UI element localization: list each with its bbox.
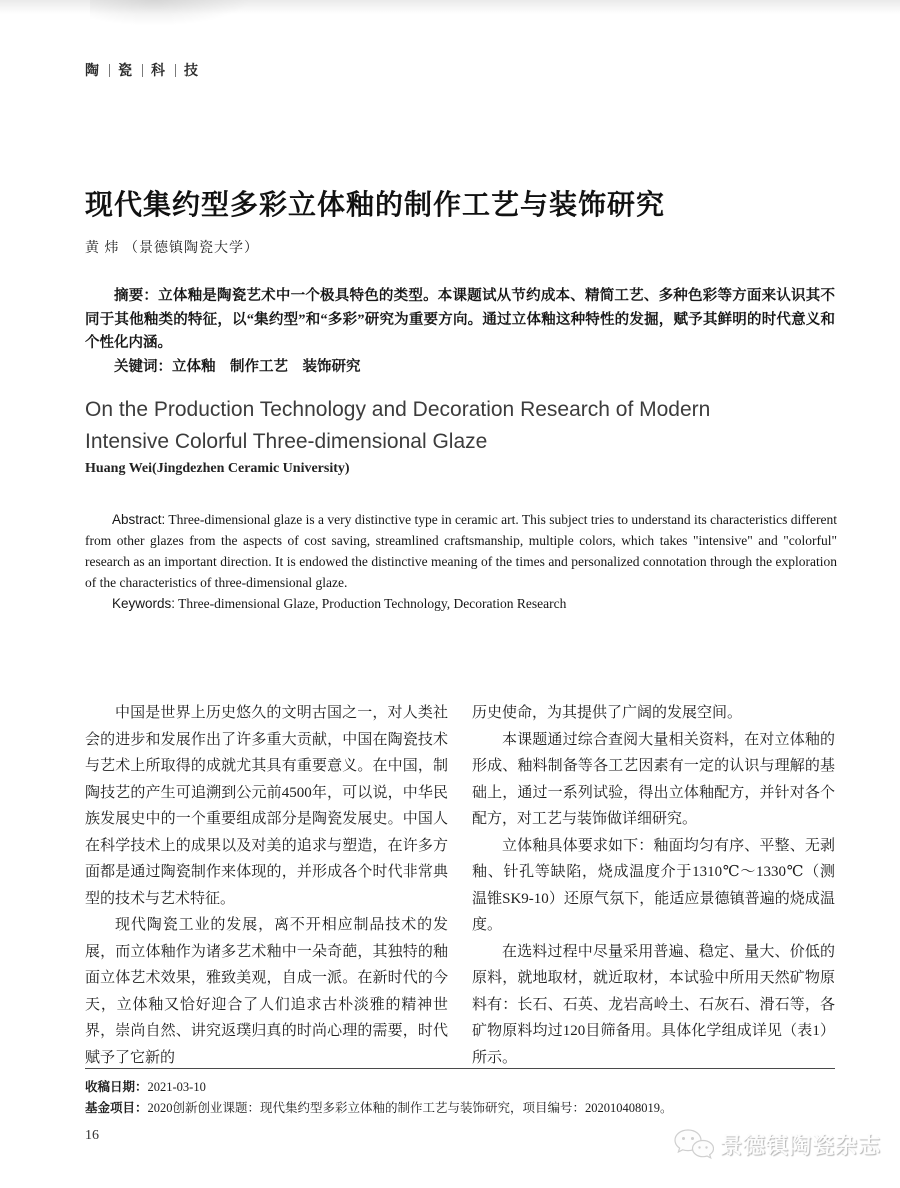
body-column-left: 中国是世界上历史悠久的文明古国之一，对人类社会的进步和发展作出了许多重大贡献，中… [85,700,448,1071]
abstract-paragraph-en: Abstract: Three-dimensional glaze is a v… [85,509,837,593]
journal-tag-char: 技 [184,60,200,80]
journal-section-tag: 陶 瓷 科 技 [85,60,200,80]
body-column-right: 历史使命，为其提供了广阔的发展空间。 本课题通过综合查阅大量相关资料，在对立体釉… [472,700,835,1071]
article-title-en: On the Production Technology and Decorat… [85,394,775,458]
author-line-en: Huang Wei(Jingdezhen Ceramic University) [85,461,350,477]
keywords-line-cn: 关键词：立体釉 制作工艺 装饰研究 [85,356,835,380]
journal-tag-char: 科 [151,60,167,80]
abstract-text-en: Three-dimensional glaze is a very distin… [85,512,837,590]
scan-smudge [90,0,250,26]
abstract-block-cn: 摘要：立体釉是陶瓷艺术中一个极具特色的类型。本课题试从节约成本、精简工艺、多种色… [85,285,835,379]
journal-tag-char: 瓷 [118,60,134,80]
keywords-line-en: Keywords: Three-dimensional Glaze, Produ… [85,593,837,614]
received-date-value: 2021-03-10 [148,1080,206,1094]
scan-edge-shadow [0,0,900,14]
keywords-label-cn: 关键词： [114,359,172,375]
journal-tag-char: 陶 [85,60,101,80]
fund-project-value: 2020创新创业课题：现代集约型多彩立体釉的制作工艺与装饰研究，项目编号：202… [148,1101,673,1115]
keywords-text-cn: 立体釉 制作工艺 装饰研究 [172,359,361,375]
fund-project-label: 基金项目： [85,1101,148,1115]
keywords-label-en: Keywords: [112,596,175,611]
body-paragraph: 在选料过程中尽量采用普遍、稳定、量大、价低的原料，就地取材，就近取材，本试验中所… [472,939,835,1072]
author-line-cn: 黄 炜 （景德镇陶瓷大学） [85,237,259,257]
abstract-label-en: Abstract: [112,512,165,527]
article-title-cn: 现代集约型多彩立体釉的制作工艺与装饰研究 [85,183,845,223]
keywords-text-en: Three-dimensional Glaze, Production Tech… [175,596,566,611]
tag-separator [175,64,176,77]
body-columns: 中国是世界上历史悠久的文明古国之一，对人类社会的进步和发展作出了许多重大贡献，中… [85,700,835,1071]
page-number: 16 [85,1128,99,1144]
received-date-label: 收稿日期： [85,1080,148,1094]
abstract-text-cn: 立体釉是陶瓷艺术中一个极具特色的类型。本课题试从节约成本、精简工艺、多种色彩等方… [85,288,835,351]
body-paragraph: 立体釉具体要求如下：釉面均匀有序、平整、无剥釉、针孔等缺陷，烧成温度介于1310… [472,833,835,939]
journal-watermark: 景德镇陶瓷杂志 [672,1126,881,1162]
abstract-label-cn: 摘要： [114,288,158,304]
fund-project-line: 基金项目：2020创新创业课题：现代集约型多彩立体釉的制作工艺与装饰研究，项目编… [85,1098,835,1119]
body-paragraph: 中国是世界上历史悠久的文明古国之一，对人类社会的进步和发展作出了许多重大贡献，中… [85,700,448,912]
body-paragraph: 本课题通过综合查阅大量相关资料，在对立体釉的形成、釉料制备等各工艺因素有一定的认… [472,727,835,833]
body-paragraph: 现代陶瓷工业的发展，离不开相应制品技术的发展，而立体釉作为诸多艺术釉中一朵奇葩，… [85,912,448,1071]
received-date-line: 收稿日期：2021-03-10 [85,1077,835,1098]
tag-separator [109,64,110,77]
watermark-text: 景德镇陶瓷杂志 [720,1129,881,1160]
body-paragraph: 历史使命，为其提供了广阔的发展空间。 [472,700,835,727]
tag-separator [142,64,143,77]
paper-page: 陶 瓷 科 技 现代集约型多彩立体釉的制作工艺与装饰研究 黄 炜 （景德镇陶瓷大… [0,0,900,1188]
wechat-icon [672,1126,714,1162]
abstract-paragraph-cn: 摘要：立体釉是陶瓷艺术中一个极具特色的类型。本课题试从节约成本、精简工艺、多种色… [85,285,835,356]
abstract-block-en: Abstract: Three-dimensional glaze is a v… [85,509,837,614]
footnote-block: 收稿日期：2021-03-10 基金项目：2020创新创业课题：现代集约型多彩立… [85,1068,835,1119]
